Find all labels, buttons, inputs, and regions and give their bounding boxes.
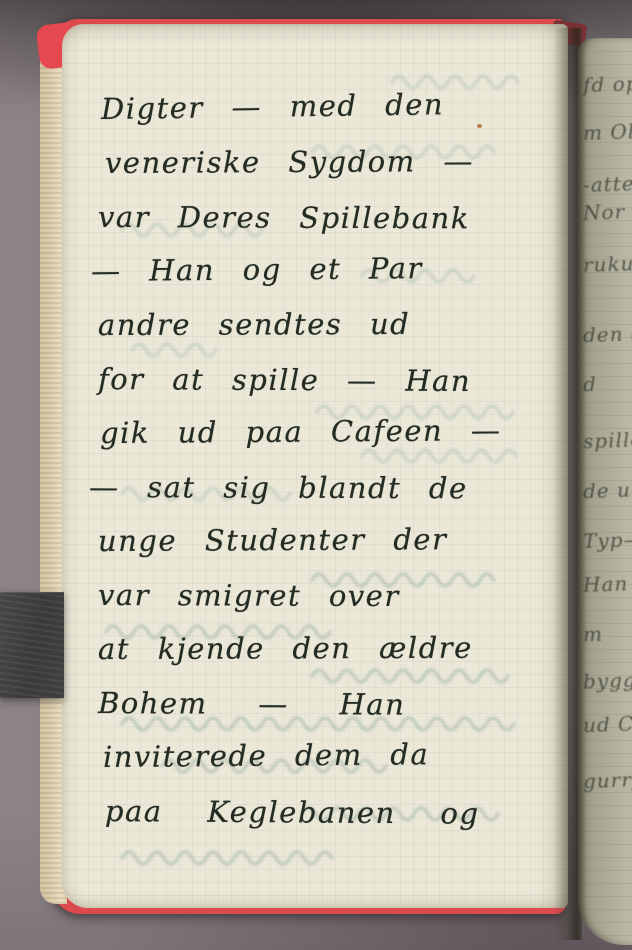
facing-page-text-fragment: bygged (583, 667, 632, 694)
facing-page-text-fragment: -atte (583, 171, 632, 197)
facing-page-text-fragment: m Ol (583, 119, 632, 145)
facing-page-text-fragment: spillet (583, 427, 632, 453)
facing-page-text-fragment: ruku (583, 251, 632, 277)
handwritten-line: var Deres Spillebank (98, 190, 558, 246)
handwritten-line: var smigret over (98, 568, 558, 624)
facing-page-text-fragment: Nor (583, 199, 626, 224)
facing-page-text-fragment: Han (583, 571, 629, 597)
notebook-page: Digter — med den veneriske Sygdom — var … (62, 24, 568, 908)
handwritten-line: andre sendtes ud (98, 296, 558, 352)
handwritten-line: unge Studenter der (98, 512, 558, 568)
facing-page-text-fragment: d (583, 372, 598, 396)
handwritten-line: paa Keglebanen og (105, 784, 558, 841)
facing-page-text-fragment: ud Ch (583, 711, 632, 737)
handwritten-line: — sat sig blandt de (89, 460, 558, 516)
rust-speck (477, 124, 482, 128)
handwritten-line: veneriske Sygdom — (105, 134, 558, 190)
handwritten-line: — Han og et Par (91, 240, 558, 298)
facing-page-text-fragment: fd op (583, 71, 632, 97)
handwritten-line: for at spille — Han (98, 352, 558, 408)
handwritten-line: Bohem — Han (98, 676, 558, 732)
facing-page-text-fragment: de un (583, 477, 632, 503)
handwritten-line: inviterede dem da (103, 726, 558, 784)
facing-page-text-fragment: Typ— (583, 527, 632, 553)
handwritten-line: at kjende den ældre (98, 620, 558, 676)
handwritten-line: Digter — med den (101, 76, 559, 136)
facing-page-text-fragment: den o (583, 321, 632, 347)
photo-scene: Digter — med den veneriske Sygdom — var … (0, 0, 632, 950)
facing-page-text-fragment: gurry (583, 767, 632, 793)
facing-page-sliver: fd op m Ol -atte Nor ruku den o d spille… (578, 38, 632, 945)
handwritten-text-block: Digter — med den veneriske Sygdom — var … (62, 24, 568, 908)
handwritten-line: gik ud paa Cafeen — (100, 403, 558, 460)
metal-clip (0, 592, 64, 698)
facing-page-text-fragment: m (583, 622, 604, 647)
